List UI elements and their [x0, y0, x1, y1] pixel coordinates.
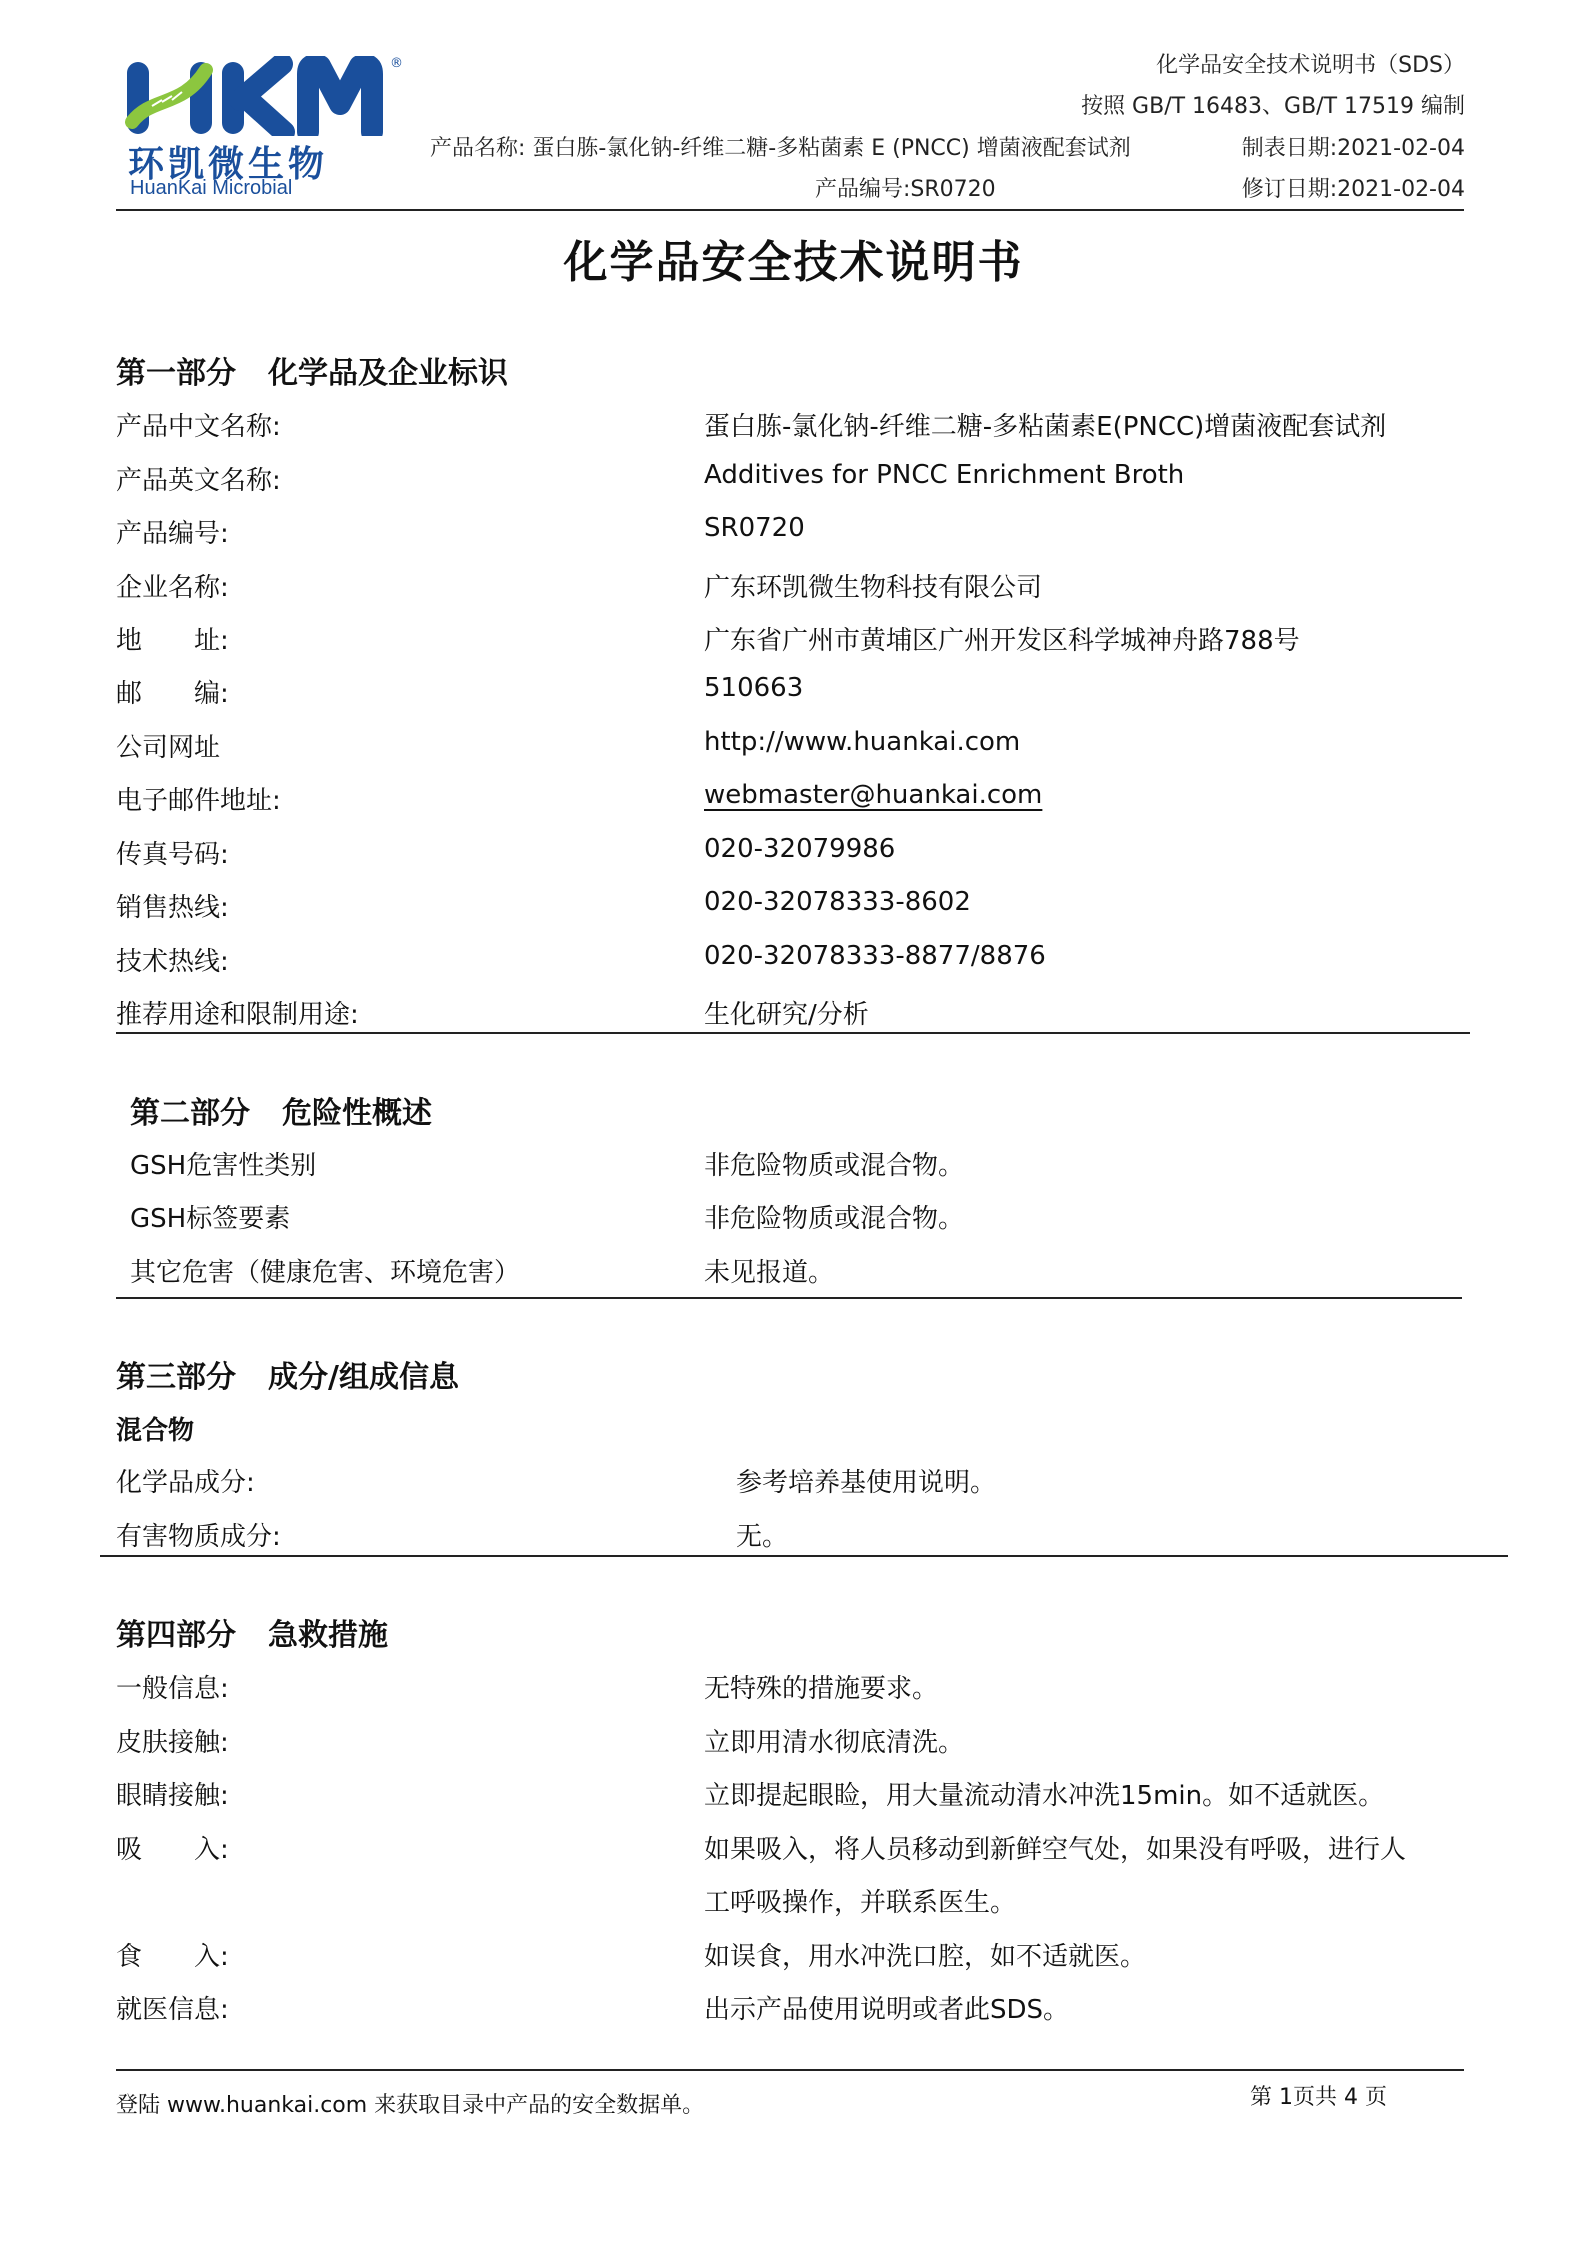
row-value: 020-32078333-8877/8876	[704, 941, 1046, 971]
row-label: 产品英文名称:	[116, 460, 281, 497]
section-4-title: 第四部分急救措施	[116, 1610, 388, 1654]
row-value: 510663	[704, 673, 803, 703]
footer-note: 登陆 www.huankai.com 来获取目录中产品的安全数据单。	[116, 2088, 704, 2119]
row-value: 无。	[736, 1516, 788, 1553]
website-link[interactable]: http://www.huankai.com	[704, 727, 1020, 757]
section-1-divider	[116, 1032, 1470, 1034]
header-product-code: 产品编号:SR0720	[815, 172, 996, 203]
registered-mark: ®	[390, 56, 403, 71]
s4-row-eye: 眼睛接触: 立即提起眼睑，用大量流动清水冲洗15min。如不适就医。	[0, 1775, 1587, 1815]
row-label: 就医信息:	[116, 1989, 229, 2026]
row-label: 产品编号:	[116, 513, 229, 550]
s1-row-company: 企业名称: 广东环凯微生物科技有限公司	[0, 567, 1587, 607]
product-name-value: 蛋白胨-氯化钠-纤维二糖-多粘菌素 E (PNCC) 增菌液配套试剂	[532, 136, 1130, 161]
row-value: SR0720	[704, 513, 805, 543]
section-2-name: 危险性概述	[282, 1096, 432, 1131]
header-created-date: 制表日期:2021-02-04	[1242, 131, 1465, 162]
section-3-name: 成分/组成信息	[268, 1360, 459, 1395]
row-value: 广东省广州市黄埔区广州开发区科学城神舟路788号	[704, 620, 1300, 657]
row-label: 食 入:	[116, 1936, 229, 1973]
row-label: 其它危害（健康危害、环境危害）	[130, 1252, 520, 1289]
row-label: 吸 入:	[116, 1829, 229, 1866]
row-value-continued: 工呼吸操作，并联系医生。	[704, 1882, 1016, 1919]
row-label: 有害物质成分:	[116, 1516, 281, 1553]
row-value: 非危险物质或混合物。	[704, 1145, 964, 1182]
s1-row-website: 公司网址 http://www.huankai.com	[0, 727, 1587, 767]
email-link[interactable]: webmaster@huankai.com	[704, 780, 1042, 810]
section-1-title: 第一部分化学品及企业标识	[116, 348, 508, 392]
created-label: 制表日期:	[1242, 136, 1337, 161]
row-value: 非危险物质或混合物。	[704, 1198, 964, 1235]
row-value: 020-32079986	[704, 834, 895, 864]
row-label: GSH危害性类别	[130, 1145, 316, 1182]
row-value: Additives for PNCC Enrichment Broth	[704, 460, 1184, 490]
row-value: 生化研究/分析	[704, 994, 869, 1031]
row-label: 一般信息:	[116, 1668, 229, 1705]
s1-row-usage: 推荐用途和限制用途: 生化研究/分析	[0, 994, 1587, 1034]
s1-row-postcode: 邮 编: 510663	[0, 673, 1587, 713]
section-2-number: 第二部分	[130, 1096, 250, 1131]
header-revised-date: 修订日期:2021-02-04	[1242, 172, 1465, 203]
row-label: GSH标签要素	[130, 1198, 290, 1235]
row-label: 传真号码:	[116, 834, 229, 871]
s1-row-email: 电子邮件地址: webmaster@huankai.com	[0, 780, 1587, 820]
row-label: 推荐用途和限制用途:	[116, 994, 359, 1031]
s3-row-hazardous: 有害物质成分: 无。	[0, 1516, 1587, 1556]
row-label: 邮 编:	[116, 673, 229, 710]
s1-row-cn-name: 产品中文名称: 蛋白胨-氯化钠-纤维二糖-多粘菌素E(PNCC)增菌液配套试剂	[0, 406, 1587, 446]
row-value: 立即用清水彻底清洗。	[704, 1722, 964, 1759]
row-value: 蛋白胨-氯化钠-纤维二糖-多粘菌素E(PNCC)增菌液配套试剂	[704, 406, 1386, 443]
row-label: 地 址:	[116, 620, 229, 657]
row-value: 如果吸入，将人员移动到新鲜空气处，如果没有呼吸，进行人	[704, 1829, 1406, 1866]
standard-label: 按照 GB/T 16483、GB/T 17519 编制	[1081, 89, 1465, 120]
s1-row-fax: 传真号码: 020-32079986	[0, 834, 1587, 874]
section-1-number: 第一部分	[116, 356, 236, 391]
product-name-label: 产品名称:	[430, 136, 525, 161]
section-3-number: 第三部分	[116, 1360, 236, 1395]
s3-row-composition: 化学品成分: 参考培养基使用说明。	[0, 1462, 1587, 1502]
page-number: 第 1页共 4 页	[1250, 2080, 1387, 2111]
page-title: 化学品安全技术说明书	[0, 226, 1587, 290]
row-value: 立即提起眼睑，用大量流动清水冲洗15min。如不适就医。	[704, 1775, 1384, 1812]
s1-row-tech-hotline: 技术热线: 020-32078333-8877/8876	[0, 941, 1587, 981]
revised-value: 2021-02-04	[1337, 177, 1465, 202]
company-logo: ® 环凯微生物 HuanKai Microbial	[122, 56, 402, 201]
s4-row-skin: 皮肤接触: 立即用清水彻底清洗。	[0, 1722, 1587, 1762]
s2-row-other-hazards: 其它危害（健康危害、环境危害） 未见报道。	[0, 1252, 1587, 1292]
section-3-divider	[100, 1555, 1508, 1557]
footer-divider	[116, 2069, 1464, 2071]
row-label: 产品中文名称:	[116, 406, 281, 443]
row-value: 广东环凯微生物科技有限公司	[704, 567, 1042, 604]
section-1-name: 化学品及企业标识	[268, 356, 508, 391]
product-code-value: SR0720	[910, 177, 995, 202]
section-3-subtitle: 混合物	[116, 1410, 194, 1447]
doc-type-label: 化学品安全技术说明书（SDS）	[1156, 48, 1465, 79]
section-2-title: 第二部分危险性概述	[130, 1088, 432, 1132]
s4-row-inhalation: 吸 入: 如果吸入，将人员移动到新鲜空气处，如果没有呼吸，进行人	[0, 1829, 1587, 1869]
s4-row-inhalation-cont: 工呼吸操作，并联系医生。	[0, 1882, 1587, 1922]
row-label: 公司网址	[116, 727, 220, 764]
row-label: 技术热线:	[116, 941, 229, 978]
section-4-name: 急救措施	[268, 1618, 388, 1653]
header-product-name: 产品名称: 蛋白胨-氯化钠-纤维二糖-多粘菌素 E (PNCC) 增菌液配套试剂	[430, 131, 1131, 162]
s2-row-ghs-class: GSH危害性类别 非危险物质或混合物。	[0, 1145, 1587, 1185]
section-3-title: 第三部分成分/组成信息	[116, 1352, 459, 1396]
row-value: 如误食，用水冲洗口腔，如不适就医。	[704, 1936, 1146, 1973]
created-value: 2021-02-04	[1337, 136, 1465, 161]
row-label: 眼睛接触:	[116, 1775, 229, 1812]
revised-label: 修订日期:	[1242, 177, 1337, 202]
s4-row-general: 一般信息: 无特殊的措施要求。	[0, 1668, 1587, 1708]
section-2-divider	[116, 1297, 1462, 1299]
s1-row-sales-hotline: 销售热线: 020-32078333-8602	[0, 887, 1587, 927]
row-label: 企业名称:	[116, 567, 229, 604]
row-value: 未见报道。	[704, 1252, 834, 1289]
row-value: 出示产品使用说明或者此SDS。	[704, 1989, 1069, 2026]
row-value: 参考培养基使用说明。	[736, 1462, 996, 1499]
s4-row-medical: 就医信息: 出示产品使用说明或者此SDS。	[0, 1989, 1587, 2029]
header-divider	[116, 209, 1464, 211]
row-label: 电子邮件地址:	[116, 780, 281, 817]
s1-row-product-code: 产品编号: SR0720	[0, 513, 1587, 553]
section-4-number: 第四部分	[116, 1618, 236, 1653]
hkm-logo-mark-icon	[122, 56, 392, 136]
row-value: 无特殊的措施要求。	[704, 1668, 938, 1705]
product-code-label: 产品编号:	[815, 177, 910, 202]
row-label: 皮肤接触:	[116, 1722, 229, 1759]
row-label: 销售热线:	[116, 887, 229, 924]
s1-row-address: 地 址: 广东省广州市黄埔区广州开发区科学城神舟路788号	[0, 620, 1587, 660]
logo-english-name: HuanKai Microbial	[130, 177, 292, 200]
s2-row-ghs-label: GSH标签要素 非危险物质或混合物。	[0, 1198, 1587, 1238]
row-value: 020-32078333-8602	[704, 887, 971, 917]
s1-row-en-name: 产品英文名称: Additives for PNCC Enrichment Br…	[0, 460, 1587, 500]
row-label: 化学品成分:	[116, 1462, 255, 1499]
s4-row-ingestion: 食 入: 如误食，用水冲洗口腔，如不适就医。	[0, 1936, 1587, 1976]
